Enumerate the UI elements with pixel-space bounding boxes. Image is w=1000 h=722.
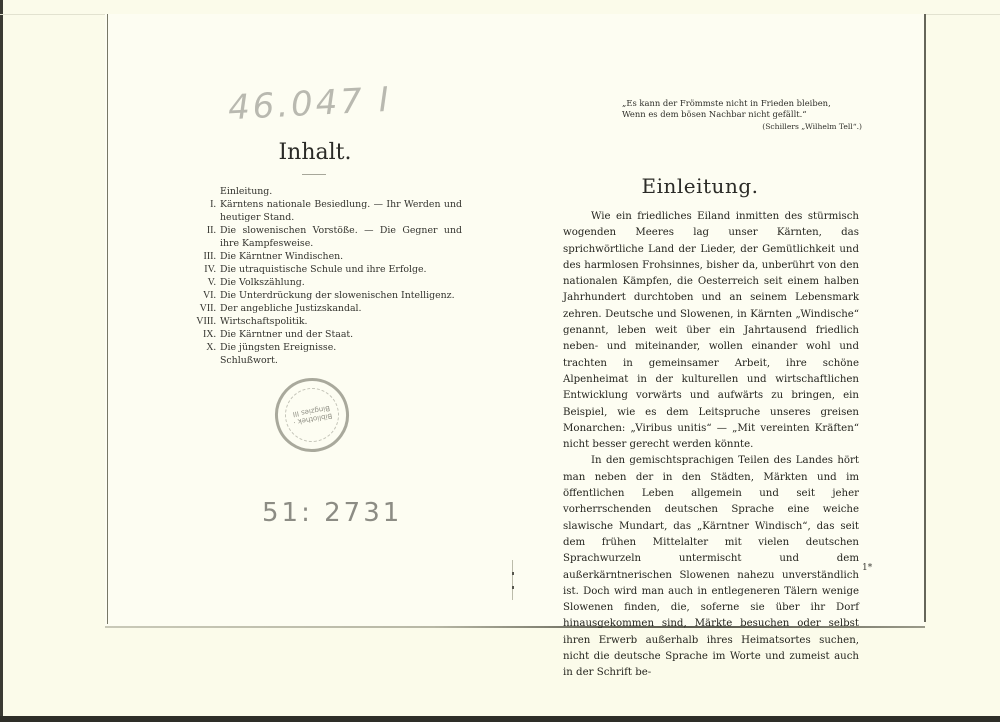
toc-entry-text: Die Volkszählung. bbox=[220, 276, 462, 289]
toc-entry-number bbox=[192, 354, 220, 367]
handwritten-shelfmark-top: 46.047 I bbox=[227, 80, 393, 129]
toc-entry-number: IV. bbox=[192, 263, 220, 276]
scan-edge-left bbox=[0, 0, 3, 722]
toc-entry: IV.Die utraquistische Schule und ihre Er… bbox=[192, 263, 462, 276]
toc-entry: VIII.Wirtschaftspolitik. bbox=[192, 315, 462, 328]
toc-entry-text: Kärntens nationale Besiedlung. — Ihr Wer… bbox=[220, 198, 462, 224]
section-title: Einleitung. bbox=[600, 174, 800, 198]
body-text: Wie ein friedliches Eiland inmitten des … bbox=[563, 209, 859, 682]
shelfmark-text: 46.047 I bbox=[227, 80, 393, 129]
toc-entry: X.Die jüngsten Ereignisse. bbox=[192, 341, 462, 354]
toc-entry-text: Der angebliche Justizskandal. bbox=[220, 302, 462, 315]
toc-entry-number: II. bbox=[192, 224, 220, 250]
toc-entry-text: Die utraquistische Schule und ihre Erfol… bbox=[220, 263, 462, 276]
toc-entry-number: I. bbox=[192, 198, 220, 224]
toc-entry-number: III. bbox=[192, 250, 220, 263]
toc-title: Inhalt. bbox=[230, 140, 400, 165]
toc-entry-text: Die jüngsten Ereignisse. bbox=[220, 341, 462, 354]
toc-entry-text: Die Kärntner Windischen. bbox=[220, 250, 462, 263]
toc-entry: Einleitung. bbox=[192, 185, 462, 198]
page-edge-right bbox=[924, 14, 926, 622]
epigraph-line: Wenn es dem bösen Nachbar nicht gefällt.… bbox=[622, 109, 862, 120]
toc-entry: VI.Die Unterdrückung der slowenischen In… bbox=[192, 289, 462, 302]
toc-entry-text: Wirtschaftspolitik. bbox=[220, 315, 462, 328]
page-signature: 1* bbox=[862, 563, 872, 573]
toc-entry: V.Die Volkszählung. bbox=[192, 276, 462, 289]
toc-entry-text: Schlußwort. bbox=[220, 354, 462, 367]
toc-entry-number: IX. bbox=[192, 328, 220, 341]
gutter-line bbox=[512, 560, 513, 600]
handwritten-shelfmark-bottom: 51: 2731 bbox=[262, 498, 402, 528]
toc-entry: III.Die Kärntner Windischen. bbox=[192, 250, 462, 263]
toc-entry: Schlußwort. bbox=[192, 354, 462, 367]
toc-entry-number: VI. bbox=[192, 289, 220, 302]
toc-entry: II.Die slowenischen Vorstöße. — Die Gegn… bbox=[192, 224, 462, 250]
toc-entry-text: Die Kärntner und der Staat. bbox=[220, 328, 462, 341]
paragraph: In den gemischtsprachigen Teilen des Lan… bbox=[563, 453, 859, 681]
toc-entry: I.Kärntens nationale Besiedlung. — Ihr W… bbox=[192, 198, 462, 224]
epigraph-source: (Schillers „Wilhelm Tell“.) bbox=[622, 121, 862, 132]
table-of-contents: Einleitung. I.Kärntens nationale Besiedl… bbox=[192, 185, 462, 367]
gutter-mark bbox=[512, 572, 514, 575]
title-ornament-rule bbox=[302, 174, 326, 175]
toc-entry-number: X. bbox=[192, 341, 220, 354]
page-edge-left bbox=[107, 14, 108, 624]
gutter-mark bbox=[512, 586, 514, 589]
scan-edge-bottom bbox=[0, 716, 1000, 722]
toc-entry-number bbox=[192, 185, 220, 198]
toc-entry-text: Einleitung. bbox=[220, 185, 462, 198]
toc-entry-number: V. bbox=[192, 276, 220, 289]
toc-entry-text: Die Unterdrückung der slowenischen Intel… bbox=[220, 289, 462, 302]
stamp-text: Bibliothek · Bingzies III bbox=[281, 384, 344, 447]
epigraph-line: „Es kann der Frömmste nicht in Frieden b… bbox=[622, 98, 862, 109]
paragraph: Wie ein friedliches Eiland inmitten des … bbox=[563, 209, 859, 453]
toc-entry-text: Die slowenischen Vorstöße. — Die Gegner … bbox=[220, 224, 462, 250]
toc-entry: VII.Der angebliche Justizskandal. bbox=[192, 302, 462, 315]
toc-entry-number: VII. bbox=[192, 302, 220, 315]
toc-entry: IX.Die Kärntner und der Staat. bbox=[192, 328, 462, 341]
epigraph: „Es kann der Frömmste nicht in Frieden b… bbox=[622, 98, 862, 132]
toc-entry-number: VIII. bbox=[192, 315, 220, 328]
